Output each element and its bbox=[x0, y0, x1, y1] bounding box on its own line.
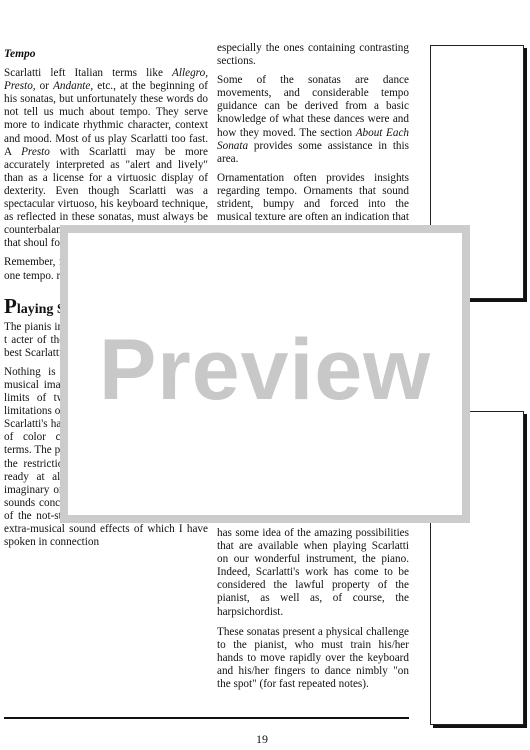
heading-rest: laying S bbox=[17, 302, 65, 317]
preview-watermark-box: Preview bbox=[60, 225, 470, 523]
italic-term-allegro: Allegro, bbox=[172, 67, 208, 79]
dance-paragraph: Some of the sonatas are dance movements,… bbox=[217, 74, 409, 166]
italic-term-presto: Presto bbox=[21, 146, 50, 158]
tempo-heading: Tempo bbox=[4, 48, 208, 61]
text-run: or bbox=[36, 80, 53, 92]
page-number: 19 bbox=[256, 732, 268, 747]
italic-term-andante: Andante, bbox=[53, 80, 93, 92]
possibilities-paragraph: has some idea of the amazing possibiliti… bbox=[217, 527, 409, 619]
preview-watermark-text: Preview bbox=[68, 321, 462, 420]
tempo-paragraph: Scarlatti left Italian terms like Allegr… bbox=[4, 67, 208, 250]
footer-rule bbox=[4, 717, 409, 719]
lower-right-column: has some idea of the amazing possibiliti… bbox=[217, 527, 409, 698]
text-run: Scarlatti left Italian terms like bbox=[4, 67, 172, 79]
heading-initial: P bbox=[4, 294, 17, 318]
contrasting-paragraph: especially the ones containing contrasti… bbox=[217, 42, 409, 68]
italic-term-presto: Presto, bbox=[4, 80, 36, 92]
challenge-paragraph: These sonatas present a physical challen… bbox=[217, 626, 409, 691]
right-column: especially the ones containing contrasti… bbox=[217, 42, 409, 243]
